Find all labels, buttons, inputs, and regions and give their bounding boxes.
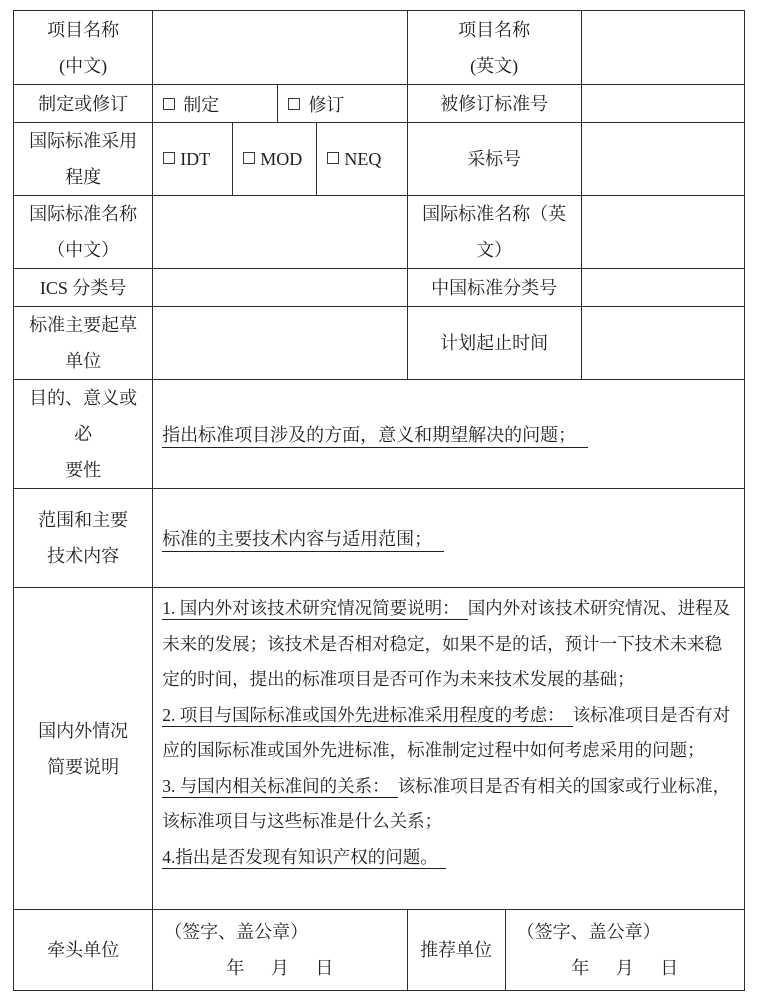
checkbox-label: MOD <box>260 149 302 169</box>
label-line: 必 <box>14 416 152 452</box>
scope-hint-text: 标准的主要技术内容与适用范围； <box>162 529 444 552</box>
domestic-item-lead: 1. 国内外对该技术研究情况简要说明： <box>162 598 468 620</box>
checkbox-develop[interactable]: 制定 <box>153 85 278 123</box>
label-line: (中文) <box>14 48 152 84</box>
drafting-org-input-cell[interactable] <box>153 307 407 380</box>
domestic-item-2: 2. 项目与国际标准或国外先进标准采用程度的考虑：该标准项目是否有对应的国际标准… <box>162 698 738 769</box>
checkbox-label: IDT <box>180 149 210 169</box>
project-name-en-label-cell: 项目名称 (英文) <box>407 11 581 85</box>
purpose-label-cell: 目的、意义或 必 要性 <box>14 380 153 489</box>
label-line: 简要说明 <box>14 749 152 785</box>
checkbox-mod[interactable]: MOD <box>233 123 317 196</box>
lead-org-signature-cell[interactable]: （签字、盖公章） 年 月 日 <box>153 910 407 991</box>
domestic-content-cell[interactable]: 1. 国内外对该技术研究情况简要说明：国内外对该技术研究情况、进程及未来的发展；… <box>153 588 745 910</box>
label-line: 标准主要起草 <box>14 307 152 343</box>
label-line: 国内外情况 <box>14 713 152 749</box>
row-develop-revise: 制定或修订 制定 修订 被修订标准号 <box>14 85 745 123</box>
checkbox-label: 制定 <box>183 95 219 115</box>
revised-standard-no-input-cell[interactable] <box>581 85 744 123</box>
checkbox-icon[interactable] <box>163 152 175 164</box>
domestic-item-lead: 2. 项目与国际标准或国外先进标准采用程度的考虑： <box>162 705 573 727</box>
checkbox-revise[interactable]: 修订 <box>278 85 407 123</box>
domestic-item-3: 3. 与国内相关标准间的关系：该标准项目是否有相关的国家或行业标准，该标准项目与… <box>162 769 738 840</box>
intl-adoption-label-cell: 国际标准采用 程度 <box>14 123 153 196</box>
project-name-cn-label-cell: 项目名称 (中文) <box>14 11 153 85</box>
checkbox-label: NEQ <box>344 149 381 169</box>
label-line: 国际标准名称 <box>14 196 152 232</box>
domestic-item-lead: 3. 与国内相关标准间的关系： <box>162 776 398 798</box>
cn-class-label-cell: 中国标准分类号 <box>407 269 581 307</box>
plan-time-label-cell: 计划起止时间 <box>407 307 581 380</box>
ics-label-cell: ICS 分类号 <box>14 269 153 307</box>
purpose-content-cell[interactable]: 指出标准项目涉及的方面，意义和期望解决的问题； <box>153 380 745 489</box>
recommend-org-label-cell: 推荐单位 <box>407 910 505 991</box>
develop-or-revise-label-cell: 制定或修订 <box>14 85 153 123</box>
row-purpose: 目的、意义或 必 要性 指出标准项目涉及的方面，意义和期望解决的问题； <box>14 380 745 489</box>
checkbox-icon[interactable] <box>288 98 300 110</box>
purpose-hint-text: 指出标准项目涉及的方面，意义和期望解决的问题； <box>162 425 588 448</box>
plan-time-input-cell[interactable] <box>581 307 744 380</box>
label-line: (英文) <box>408 48 581 84</box>
checkbox-idt[interactable]: IDT <box>153 123 233 196</box>
signature-note: （签字、盖公章） <box>506 914 744 950</box>
checkbox-icon[interactable] <box>327 152 339 164</box>
label-line: 项目名称 <box>408 12 581 48</box>
project-name-cn-input-cell[interactable] <box>153 11 407 85</box>
standard-project-form-table: 项目名称 (中文) 项目名称 (英文) 制定或修订 制定 修订 被修订标准号 国… <box>13 10 745 991</box>
domestic-item-4: 4.指出是否发现有知识产权的问题。 <box>162 840 738 876</box>
adoption-no-label-cell: 采标号 <box>407 123 581 196</box>
checkbox-neq[interactable]: NEQ <box>317 123 407 196</box>
checkbox-icon[interactable] <box>243 152 255 164</box>
label-line: 程度 <box>14 159 152 195</box>
label-line: 国际标准采用 <box>14 123 152 159</box>
label-line: 要性 <box>14 452 152 488</box>
intl-std-name-cn-label-cell: 国际标准名称 （中文） <box>14 196 153 269</box>
domestic-item-1: 1. 国内外对该技术研究情况简要说明：国内外对该技术研究情况、进程及未来的发展；… <box>162 591 738 698</box>
intl-std-name-cn-input-cell[interactable] <box>153 196 407 269</box>
project-name-en-input-cell[interactable] <box>581 11 744 85</box>
recommend-org-signature-cell[interactable]: （签字、盖公章） 年 月 日 <box>505 910 744 991</box>
scope-content-cell[interactable]: 标准的主要技术内容与适用范围； <box>153 489 745 588</box>
signature-note: （签字、盖公章） <box>153 914 406 950</box>
domestic-label-cell: 国内外情况 简要说明 <box>14 588 153 910</box>
adoption-no-input-cell[interactable] <box>581 123 744 196</box>
row-signatures: 牵头单位 （签字、盖公章） 年 月 日 推荐单位 （签字、盖公章） 年 月 日 <box>14 910 745 991</box>
domestic-item-lead: 4.指出是否发现有知识产权的问题。 <box>162 847 446 869</box>
label-line: 国际标准名称（英 <box>408 196 581 232</box>
row-domestic-situation: 国内外情况 简要说明 1. 国内外对该技术研究情况简要说明：国内外对该技术研究情… <box>14 588 745 910</box>
checkbox-label: 修订 <box>308 95 344 115</box>
label-line: 目的、意义或 <box>14 380 152 416</box>
row-scope: 范围和主要 技术内容 标准的主要技术内容与适用范围； <box>14 489 745 588</box>
intl-std-name-en-label-cell: 国际标准名称（英 文） <box>407 196 581 269</box>
label-line: 单位 <box>14 343 152 379</box>
row-project-name: 项目名称 (中文) 项目名称 (英文) <box>14 11 745 85</box>
signature-date: 年 月 日 <box>506 950 744 986</box>
ics-input-cell[interactable] <box>153 269 407 307</box>
checkbox-icon[interactable] <box>163 98 175 110</box>
label-line: 范围和主要 <box>14 502 152 538</box>
scope-label-cell: 范围和主要 技术内容 <box>14 489 153 588</box>
row-intl-adoption: 国际标准采用 程度 IDT MOD NEQ 采标号 <box>14 123 745 196</box>
signature-date: 年 月 日 <box>153 950 406 986</box>
row-drafting-org: 标准主要起草 单位 计划起止时间 <box>14 307 745 380</box>
label-line: 技术内容 <box>14 538 152 574</box>
label-line: 文） <box>408 232 581 268</box>
row-intl-std-name: 国际标准名称 （中文） 国际标准名称（英 文） <box>14 196 745 269</box>
lead-org-label-cell: 牵头单位 <box>14 910 153 991</box>
label-line: 项目名称 <box>14 12 152 48</box>
cn-class-input-cell[interactable] <box>581 269 744 307</box>
row-classification: ICS 分类号 中国标准分类号 <box>14 269 745 307</box>
drafting-org-label-cell: 标准主要起草 单位 <box>14 307 153 380</box>
label-line: （中文） <box>14 232 152 268</box>
intl-std-name-en-input-cell[interactable] <box>581 196 744 269</box>
revised-standard-no-label-cell: 被修订标准号 <box>407 85 581 123</box>
